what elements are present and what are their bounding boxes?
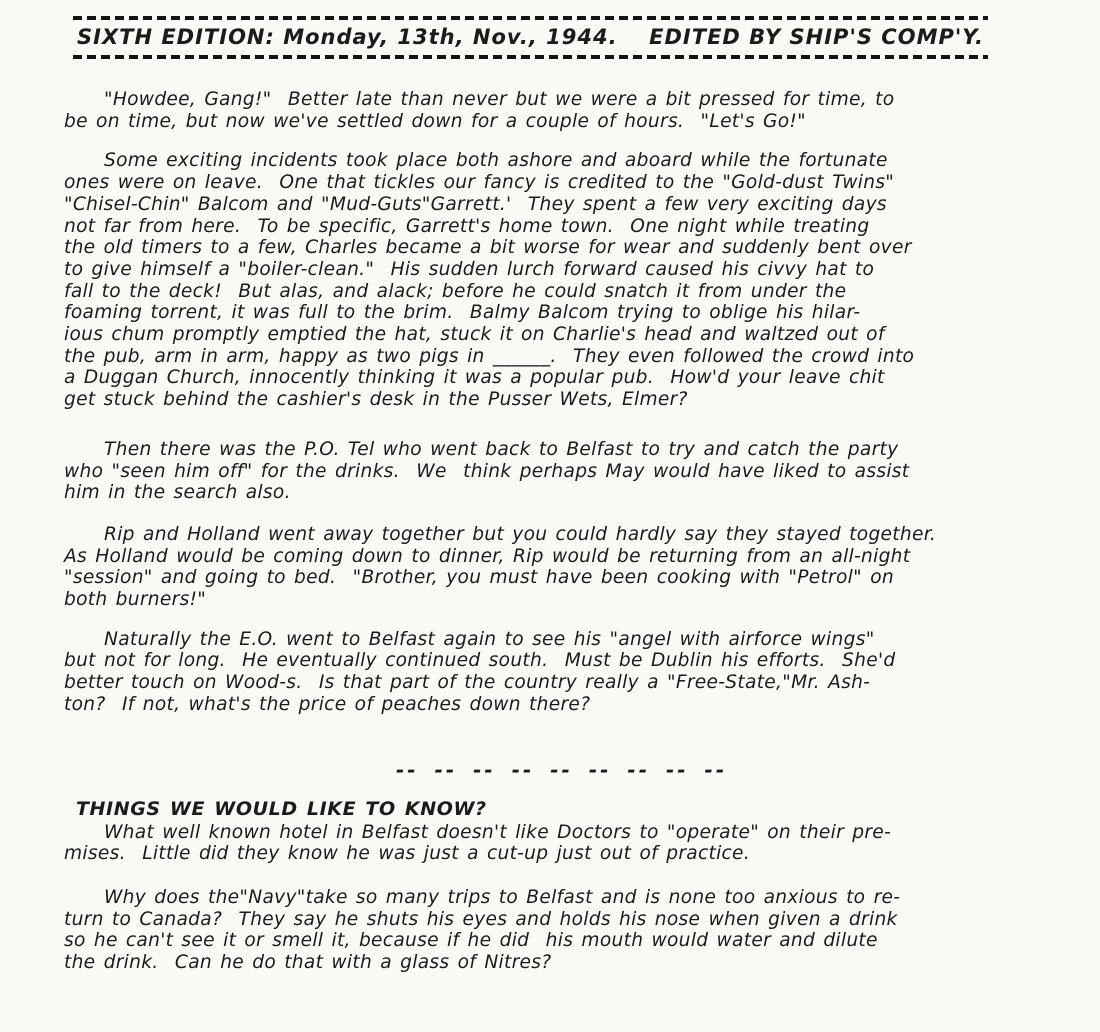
edition-title: SIXTH EDITION: Monday, 13th, Nov., 1944.	[77, 25, 618, 49]
masthead-row: SIXTH EDITION: Monday, 13th, Nov., 1944.…	[73, 20, 988, 55]
section-heading-things-we-would-like-to-know: THINGS WE WOULD LIKE TO KNOW?	[76, 798, 1008, 820]
paragraph-eo-belfast: Naturally the E.O. went to Belfast again…	[64, 629, 1008, 716]
paragraph-po-tel: Then there was the P.O. Tel who went bac…	[64, 439, 1008, 504]
paragraph-greeting: "Howdee, Gang!" Better late than never b…	[64, 89, 1008, 132]
paragraph-rip-holland: Rip and Holland went away together but y…	[64, 524, 1008, 611]
paragraph-leave-incidents: Some exciting incidents took place both …	[64, 150, 1008, 410]
masthead: SIXTH EDITION: Monday, 13th, Nov., 1944.…	[73, 16, 988, 59]
dash-separator: -- -- -- -- -- -- -- -- --	[396, 758, 1008, 782]
paragraph-belfast-hotel: What well known hotel in Belfast doesn't…	[64, 822, 1008, 865]
editor-credit: EDITED BY SHIP'S COMP'Y.	[649, 25, 984, 49]
paragraph-navy-trips: Why does the"Navy"take so many trips to …	[64, 887, 1008, 974]
scanned-newsletter-page: { "masthead": { "edition": "SIXTH EDITIO…	[0, 0, 1100, 1032]
newsletter-body: "Howdee, Gang!" Better late than never b…	[0, 59, 1100, 974]
